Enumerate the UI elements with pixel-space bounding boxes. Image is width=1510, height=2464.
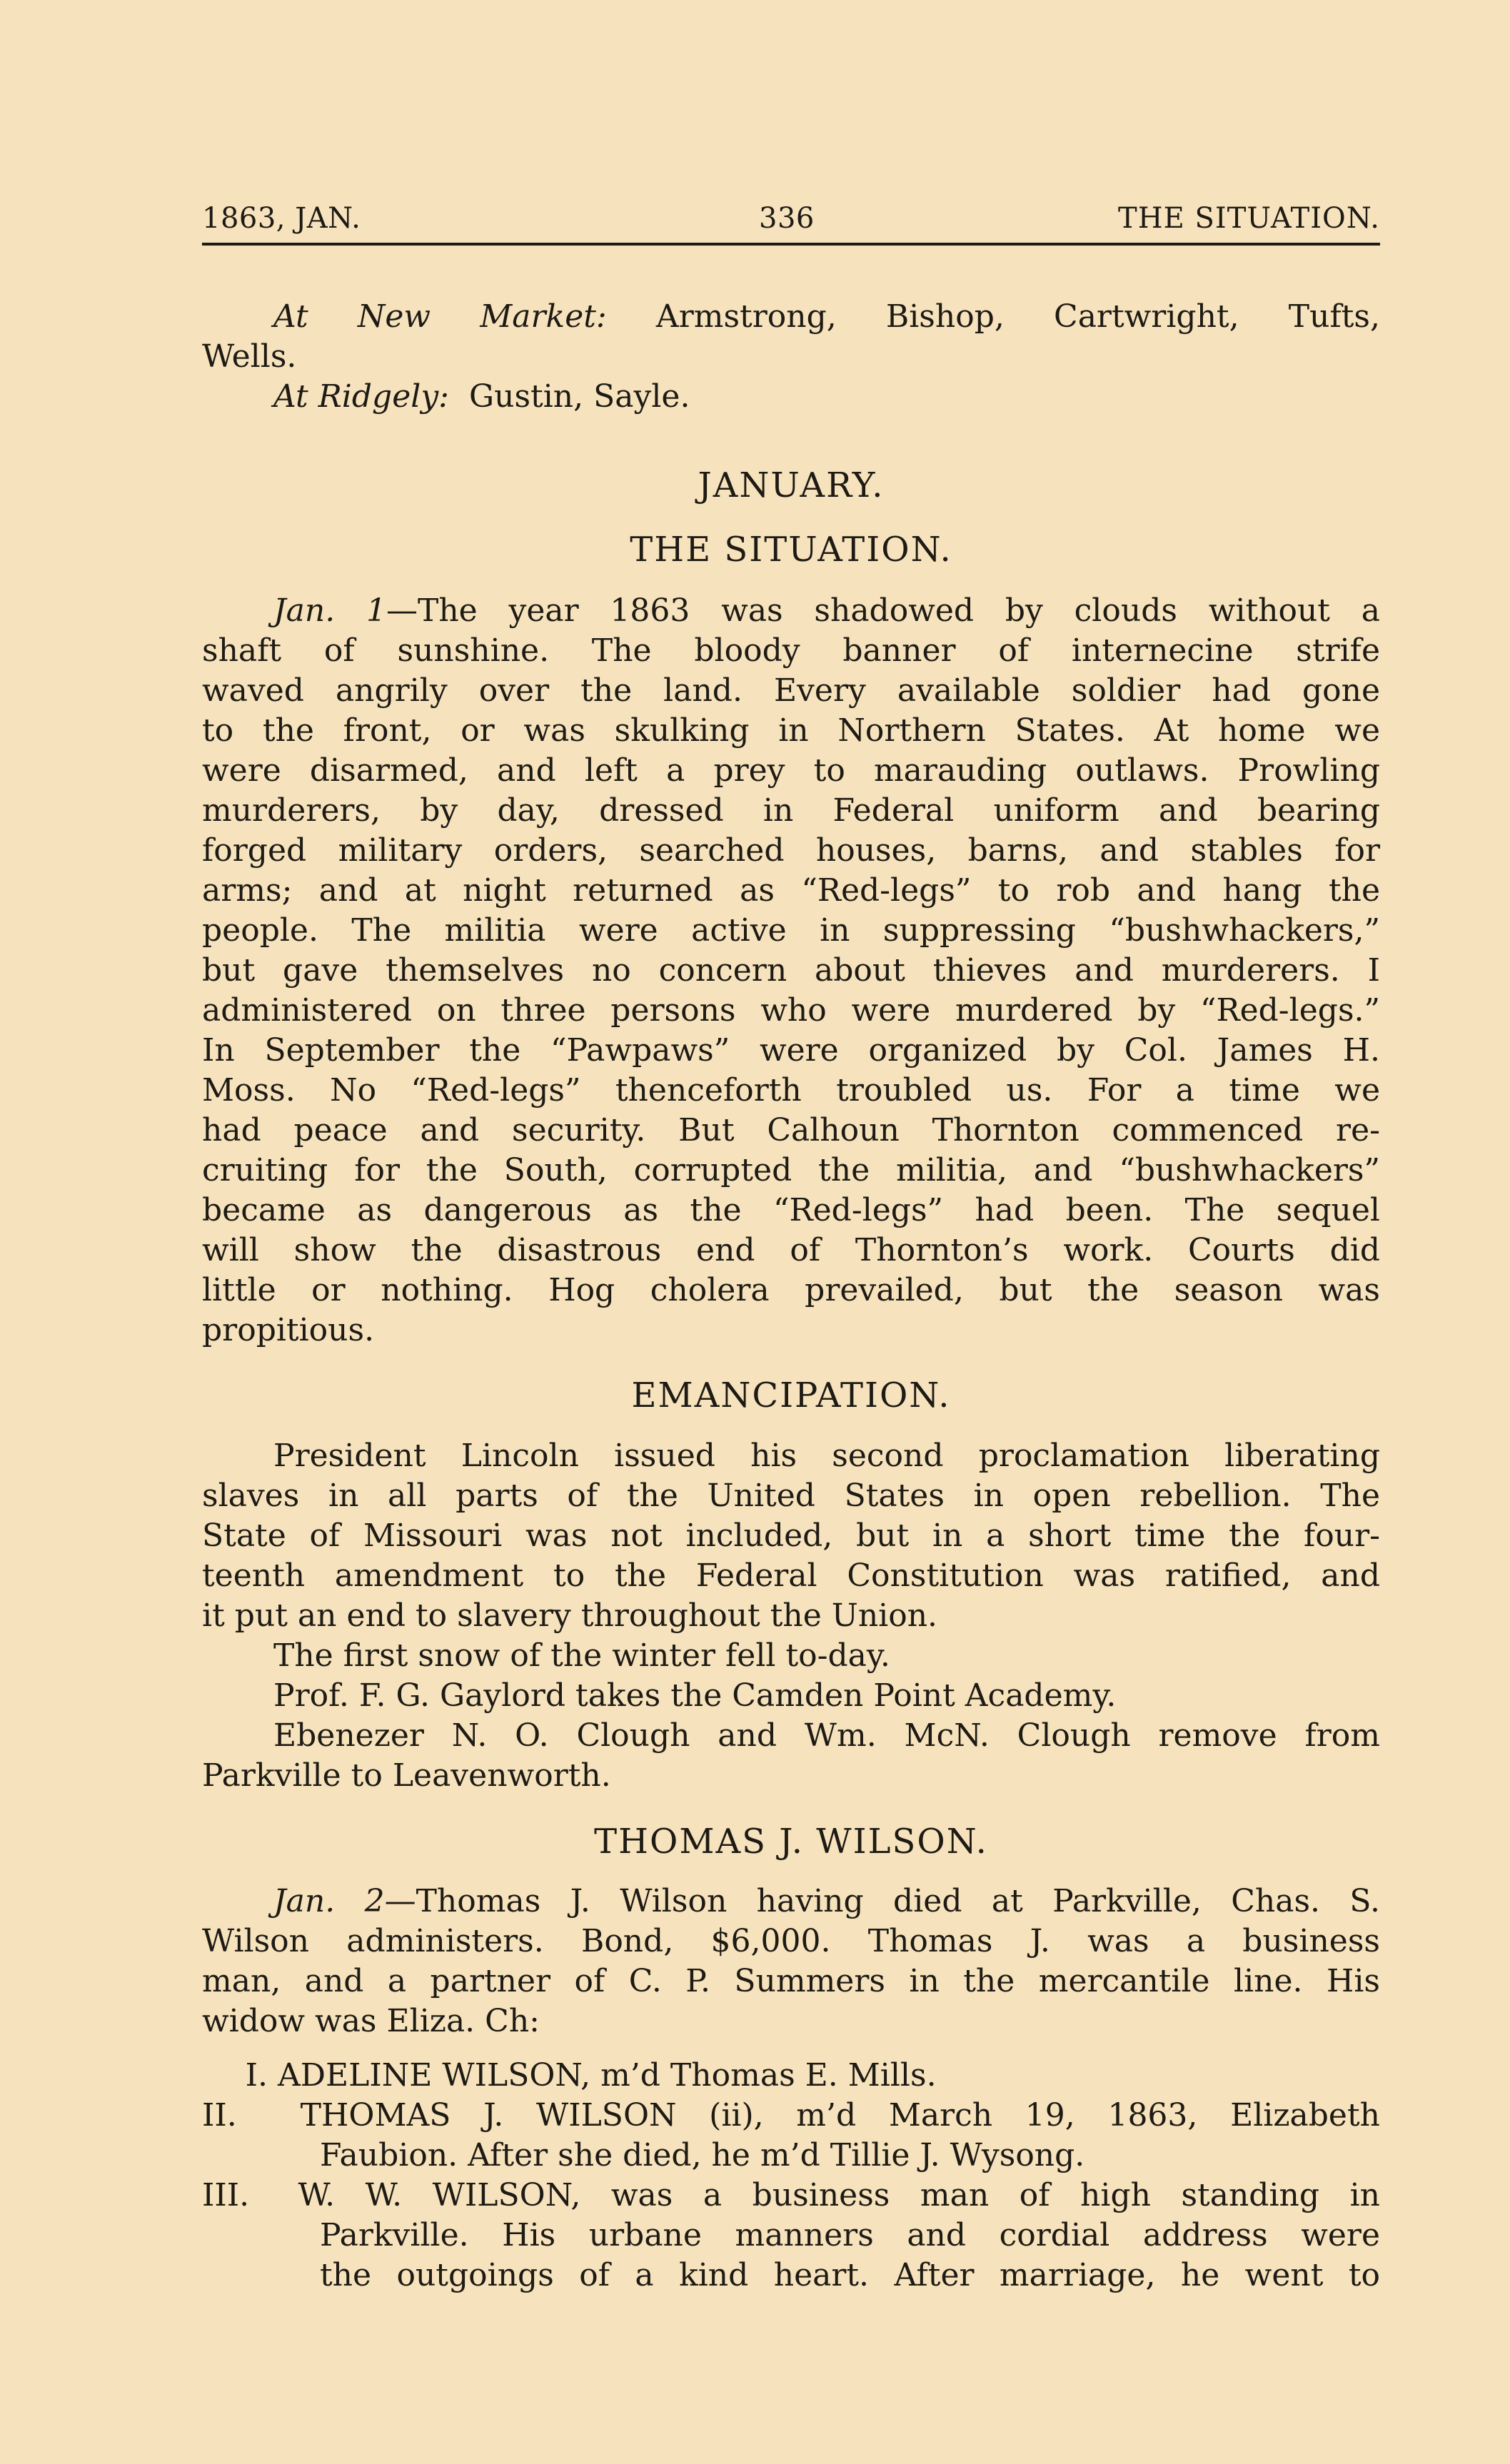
book-page: 1863, JAN. 336 THE SITUATION. At New Mar… (202, 0, 1380, 2464)
paragraph-line: to the front, or was skulking in Norther… (202, 711, 1380, 751)
child-numeral: I. (202, 2056, 268, 2096)
date-label: Jan. 1 (273, 592, 386, 629)
paragraph-line: State of Missouri was not included, but … (202, 1516, 1380, 1556)
paragraph-line: became as dangerous as the “Red-legs” ha… (202, 1191, 1380, 1231)
ridgely-line: At Ridgely: Gustin, Sayle. (202, 377, 1380, 417)
new-market-line: At New Market: Armstrong, Bishop, Cartwr… (202, 297, 1380, 337)
child-entry: III. W. W. WILSON, was a business man of… (202, 2176, 1380, 2216)
section-heading-emancipation: EMANCIPATION. (202, 1374, 1380, 1417)
paragraph-line: In September the “Pawpaws” were organize… (202, 1031, 1380, 1071)
paragraph-line: teenth amendment to the Federal Constitu… (202, 1556, 1380, 1596)
note-line: Ebenezer N. O. Clough and Wm. McN. Cloug… (202, 1716, 1380, 1756)
child-numeral: III. (202, 2176, 268, 2216)
paragraph-line: widow was Eliza. Ch: (202, 2001, 1380, 2041)
paragraph-line: had peace and security. But Calhoun Thor… (202, 1111, 1380, 1151)
child-entry-continuation: Parkville. His urbane manners and cordia… (202, 2216, 1380, 2256)
note-line: Parkville to Leavenworth. (202, 1756, 1380, 1796)
paragraph-line: people. The militia were active in suppr… (202, 911, 1380, 951)
running-head-date: 1863, JAN. (202, 202, 361, 235)
paragraph-line: shaft of sunshine. The bloody banner of … (202, 631, 1380, 671)
paragraph-line: will show the disastrous end of Thornton… (202, 1231, 1380, 1271)
running-head-title: THE SITUATION. (1118, 202, 1380, 235)
child-entry-continuation: the outgoings of a kind heart. After mar… (202, 2256, 1380, 2296)
paragraph-line: were disarmed, and left a prey to maraud… (202, 751, 1380, 791)
month-heading: JANUARY. (202, 464, 1380, 507)
paragraph-line: administered on three persons who were m… (202, 991, 1380, 1031)
section-heading-situation: THE SITUATION. (202, 528, 1380, 571)
date-label: Jan. 2 (273, 1883, 385, 1919)
paragraph-line: but gave themselves no concern about thi… (202, 951, 1380, 991)
paragraph-line: forged military orders, searched houses,… (202, 831, 1380, 871)
paragraph-line: Jan. 1—The year 1863 was shadowed by clo… (202, 591, 1380, 631)
child-entry: I. ADELINE WILSON, m’d Thomas E. Mills. (202, 2056, 1380, 2096)
section-heading-wilson: THOMAS J. WILSON. (202, 1820, 1380, 1863)
new-market-line-2: Wells. (202, 337, 1380, 377)
note-line: Prof. F. G. Gaylord takes the Camden Poi… (202, 1676, 1380, 1716)
paragraph-line: waved angrily over the land. Every avail… (202, 671, 1380, 711)
paragraph-line: it put an end to slavery throughout the … (202, 1596, 1380, 1636)
running-head: 1863, JAN. 336 THE SITUATION. (202, 202, 1380, 238)
new-market-label: At New Market: (273, 298, 607, 335)
paragraph-line: slaves in all parts of the United States… (202, 1476, 1380, 1516)
paragraph-line: propitious. (202, 1311, 1380, 1350)
child-numeral: II. (202, 2096, 268, 2136)
child-entry-continuation: Faubion. After she died, he m’d Tillie J… (202, 2136, 1380, 2176)
paragraph-line: Moss. No “Red-legs” thenceforth troubled… (202, 1071, 1380, 1111)
note-line: The first snow of the winter fell to-day… (202, 1636, 1380, 1676)
paragraph-line: Wilson administers. Bond, $6,000. Thomas… (202, 1922, 1380, 1961)
paragraph-line: man, and a partner of C. P. Summers in t… (202, 1961, 1380, 2001)
header-rule (202, 243, 1380, 246)
paragraph-line: Jan. 2—Thomas J. Wilson having died at P… (202, 1882, 1380, 1922)
child-entry: II. THOMAS J. WILSON (ii), m’d March 19,… (202, 2096, 1380, 2136)
paragraph-line: President Lincoln issued his second proc… (202, 1436, 1380, 1476)
paragraph-line: little or nothing. Hog cholera prevailed… (202, 1271, 1380, 1311)
page-number: 336 (759, 202, 815, 235)
ridgely-label: At Ridgely: (273, 378, 449, 415)
paragraph-line: murderers, by day, dressed in Federal un… (202, 791, 1380, 831)
paragraph-line: cruiting for the South, corrupted the mi… (202, 1151, 1380, 1191)
paragraph-line: arms; and at night returned as “Red-legs… (202, 871, 1380, 911)
